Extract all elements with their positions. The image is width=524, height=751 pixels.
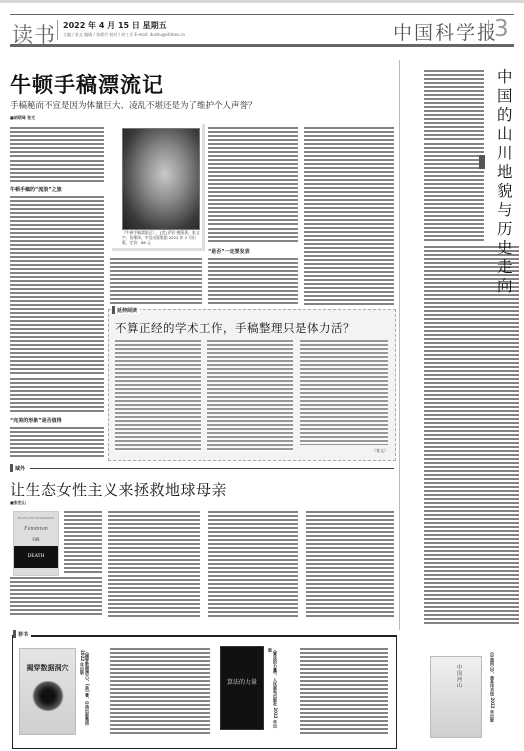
book-notes-tag-label: 荐书: [18, 631, 28, 638]
right-article-author: [479, 155, 485, 169]
section-tag-label: 域外: [15, 465, 25, 472]
issue-date: 2022 年 4 月 15 日 星期五: [63, 20, 167, 31]
article-text: [108, 511, 200, 617]
article-text: [208, 511, 298, 617]
article-text: [110, 258, 202, 304]
header-divider: [57, 20, 58, 40]
sidebar-tag: 延伸阅读: [112, 306, 140, 314]
article-text: [208, 258, 298, 304]
sidebar-title: 不算正经的学术工作，手稿整理只是体力活？: [115, 320, 355, 336]
book-cover-3-title: 中国河山: [457, 665, 465, 689]
lead-article-subtitle: 手稿秘而不宣是因为体量巨大、凌乱不堪还是为了维护个人声誉？: [10, 99, 257, 111]
book-2-info: 《算法的力量》，人民邮电出版社 2022 年出版: [268, 648, 278, 728]
book-cover-2-title: 算法的力量: [221, 677, 263, 686]
right-article-text: [424, 70, 484, 140]
tag-bar-icon: [112, 306, 115, 314]
article-text: [10, 577, 102, 617]
article-text: [306, 511, 394, 617]
section-rule: [30, 468, 394, 469]
article-text: [10, 196, 104, 376]
right-article-text: [424, 246, 519, 626]
editor-credits: 主编 / 张文 编辑 / 张晴丹 校对 / 何工京 E-mail: dushu@…: [63, 32, 185, 38]
column-rule: [399, 60, 400, 630]
book-notes-tag: 荐书: [13, 630, 31, 638]
cover-title-top: Feminism: [14, 526, 58, 532]
header-divider-right: [488, 20, 489, 40]
book-cover-2: 算法的力量: [220, 646, 264, 730]
tag-bar-icon: [10, 464, 13, 472]
right-article-text: [424, 143, 484, 243]
sidebar-text: [115, 340, 201, 452]
ink-splash-graphic: [31, 681, 65, 711]
cover-author: FRANÇOISE D'EAUBONNE: [14, 516, 58, 520]
article-subhead: 牛顿手稿的“流浪”之旅: [10, 186, 62, 193]
article-text: [10, 378, 104, 414]
book-1-review: [110, 648, 210, 736]
newspaper-masthead: 中国科学报: [393, 18, 498, 45]
top-bar: [0, 0, 524, 3]
lead-article-byline: ■胡珉琦 张文: [10, 115, 35, 121]
sidebar-signature: （张文）: [372, 448, 388, 454]
article-text: [208, 228, 298, 244]
right-article-title: 中国的山川地貌与历史走向: [497, 68, 515, 296]
feminism-or-death-cover: FRANÇOISE D'EAUBONNE Feminism OR DEATH: [13, 511, 59, 576]
book-1-info: 《揭穿数据洞穴》，[美] 著，中信出版集团 2022 年出版: [80, 650, 90, 730]
article-text: [64, 511, 102, 573]
cover-title-mid: OR: [14, 538, 58, 543]
sidebar-text: [207, 340, 293, 452]
book-2-review: [300, 648, 388, 736]
sidebar-text: [300, 340, 388, 445]
book-cover-1-title: 揭穿数据洞穴: [20, 663, 75, 673]
photo-caption: 《牛顿手稿漂流记》，[美] 萨拉·德莱著，张文宇、张维译，中信出版集团 2022…: [122, 230, 202, 245]
article-subhead: “完美的形象”是否值得: [10, 417, 62, 424]
article-text: [10, 127, 104, 157]
header-rule-top: [10, 14, 514, 15]
header-rule-bottom: [10, 44, 514, 47]
article-text: [208, 127, 298, 225]
article-subhead: “是否”一定要发表: [208, 248, 250, 255]
tag-bar-icon: [13, 630, 16, 638]
book-3-info: 《中国河山》，商务印书馆 2022 年出版: [490, 650, 495, 740]
newton-portrait-image: [122, 128, 200, 230]
page-number: 3: [494, 16, 509, 42]
book-cover-3: 中国河山: [430, 656, 482, 738]
article-text: [10, 427, 104, 459]
lead-article-title: 牛顿手稿漂流记: [10, 69, 164, 99]
section-tag-foreign: 域外: [10, 464, 25, 472]
article-text: [304, 127, 394, 305]
article-text: [10, 160, 104, 182]
sidebar-tag-label: 延伸阅读: [117, 307, 137, 314]
second-article-title: 让生态女性主义来拯救地球母亲: [10, 479, 227, 500]
book-cover-1: 揭穿数据洞穴: [19, 648, 76, 735]
second-article-byline: ■张宏山: [10, 500, 26, 506]
cover-title-bottom: DEATH: [14, 546, 58, 568]
